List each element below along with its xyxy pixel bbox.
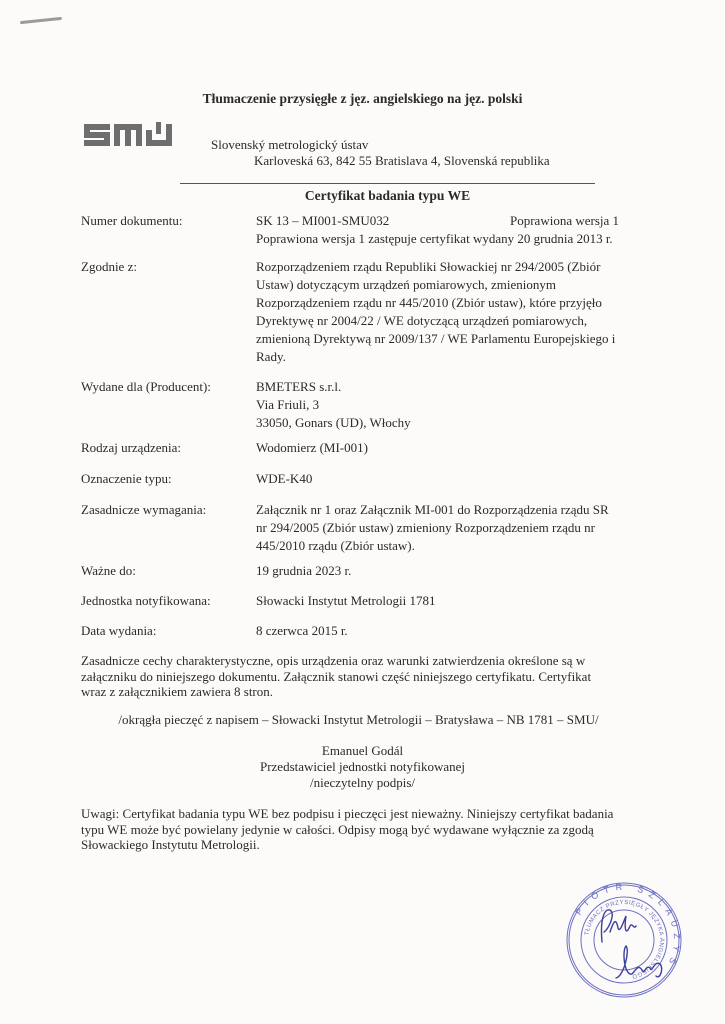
value-line: Rozporządzeniem rządu nr 445/2010 (Zbiór…: [256, 294, 676, 312]
certificate-title: Certyfikat badania typu WE: [180, 188, 595, 204]
field-value: Wodomierz (MI-001): [256, 439, 656, 457]
value-line: Via Friuli, 3: [256, 396, 656, 414]
paragraph-line: wraz z załącznikiem zawiera 8 stron.: [81, 684, 641, 700]
value-line: Załącznik nr 1 oraz Załącznik MI-001 do …: [256, 501, 676, 519]
signature-note: /nieczytelny podpis/: [0, 775, 725, 791]
smu-logo-icon: [82, 120, 178, 148]
signatory-role: Przedstawiciel jednostki notyfikowanej: [0, 759, 725, 775]
field-label: Numer dokumentu:: [81, 213, 182, 229]
seal-note: /okrągła pieczęć z napisem – Słowacki In…: [0, 712, 721, 728]
field-label: Jednostka notyfikowana:: [81, 593, 211, 609]
field-label: Data wydania:: [81, 623, 156, 639]
translator-stamp-icon: PIOTR SZLAUZYS TŁUMACZ PRZYSIĘGŁY JĘZYKA…: [564, 880, 684, 1000]
field-value: 8 czerwca 2015 r.: [256, 622, 656, 640]
field-label: Rodzaj urządzenia:: [81, 440, 181, 456]
value-line: nr 294/2005 (Zbiór ustaw) zmieniony Rozp…: [256, 519, 676, 537]
field-value: Rozporządzeniem rządu Republiki Słowacki…: [256, 258, 676, 366]
paragraph-line: Słowackiego Instytutu Metrologii.: [81, 837, 641, 853]
value-line: Ustaw) dotyczącym urządzeń pomiarowych, …: [256, 276, 676, 294]
value-line: 445/2010 rządu (Zbiór ustaw).: [256, 537, 676, 555]
field-value: Załącznik nr 1 oraz Załącznik MI-001 do …: [256, 501, 676, 555]
remarks-paragraph: Uwagi: Certyfikat badania typu WE bez po…: [81, 806, 641, 853]
field-value: 19 grudnia 2023 r.: [256, 562, 656, 580]
institute-name: Slovenský metrologický ústav: [211, 137, 368, 153]
institute-address: Karloveská 63, 842 55 Bratislava 4, Slov…: [254, 153, 550, 169]
value-line: Dyrektywę nr 2004/22 / WE dotyczącą urzą…: [256, 312, 676, 330]
translation-header: Tłumaczenie przysięgłe z jęz. angielskie…: [0, 91, 725, 107]
field-label: Zgodnie z:: [81, 259, 137, 275]
paragraph-line: Uwagi: Certyfikat badania typu WE bez po…: [81, 806, 641, 822]
field-value: Słowacki Instytut Metrologii 1781: [256, 592, 656, 610]
paragraph-line: typu WE może być powielany jedynie w cał…: [81, 822, 641, 838]
value-line: 33050, Gonars (UD), Włochy: [256, 414, 656, 432]
revision-note: Poprawiona wersja 1 zastępuje certyfikat…: [256, 230, 656, 248]
signatory-name: Emanuel Godál: [0, 743, 725, 759]
field-label: Oznaczenie typu:: [81, 471, 172, 487]
signatory-block: Emanuel Godál Przedstawiciel jednostki n…: [0, 743, 725, 791]
paragraph-line: załączniku do niniejszego dokumentu. Zał…: [81, 669, 641, 685]
field-value: WDE-K40: [256, 470, 656, 488]
value-line: Rady.: [256, 348, 676, 366]
field-value: BMETERS s.r.l. Via Friuli, 3 33050, Gona…: [256, 378, 656, 432]
paragraph-line: Zasadnicze cechy charakterystyczne, opis…: [81, 653, 641, 669]
header-divider: [180, 183, 595, 184]
field-label: Wydane dla (Producent):: [81, 379, 211, 395]
pen-mark: [20, 17, 62, 24]
value-line: Rozporządzeniem rządu Republiki Słowacki…: [256, 258, 676, 276]
summary-paragraph: Zasadnicze cechy charakterystyczne, opis…: [81, 653, 641, 700]
value-line: zmienioną Dyrektywą nr 2009/137 / WE Par…: [256, 330, 676, 348]
revision-label: Poprawiona wersja 1: [510, 213, 619, 229]
field-label: Ważne do:: [81, 563, 136, 579]
value-line: BMETERS s.r.l.: [256, 378, 656, 396]
field-label: Zasadnicze wymagania:: [81, 502, 206, 518]
